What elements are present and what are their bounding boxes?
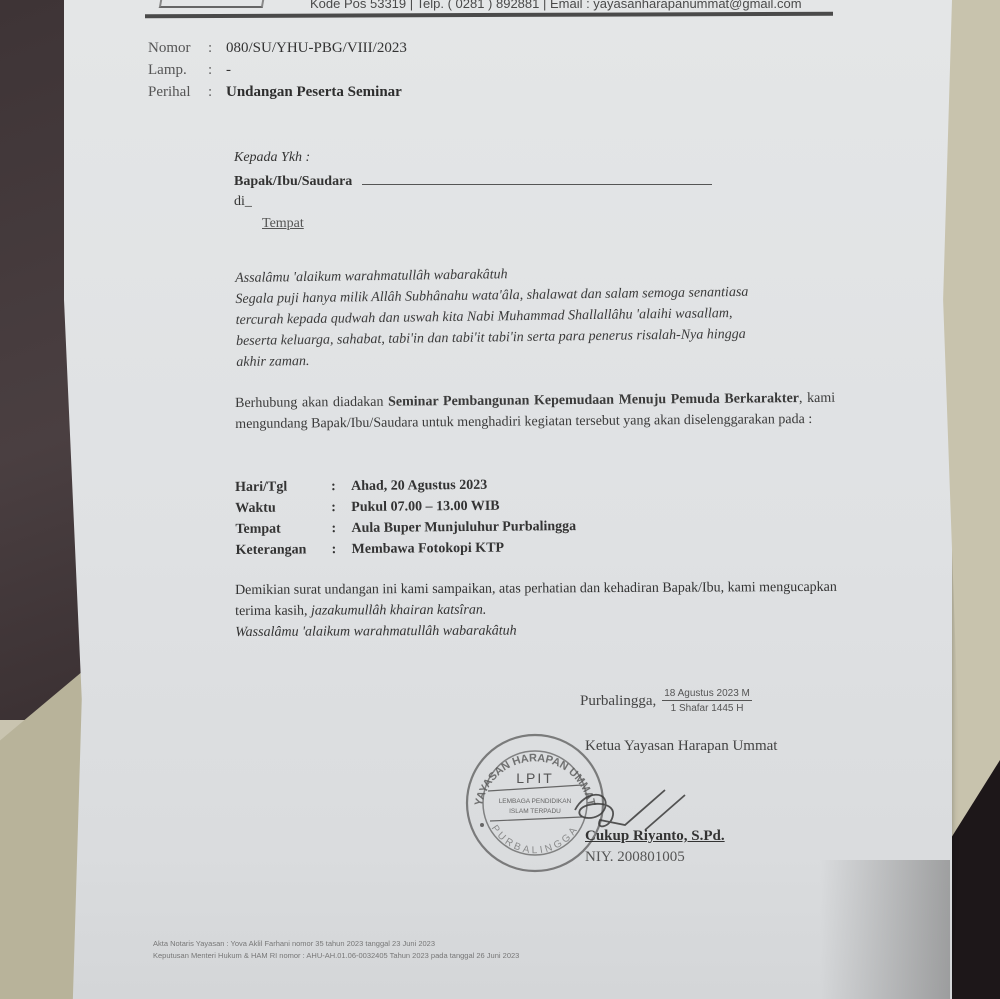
- perihal-value: Undangan Peserta Seminar: [226, 84, 402, 106]
- signer-block: Cukup Riyanto, S.Pd. NIY. 200801005: [585, 828, 725, 866]
- letterhead-contact: Kode Pos 53319 | Telp. ( 0281 ) 892881 |…: [310, 0, 802, 11]
- paper-shadow: [820, 860, 950, 999]
- detail-row: Waktu : Pukul 07.00 – 13.00 WIB: [235, 498, 576, 522]
- legal-footer: Akta Notaris Yayasan : Yova Aklil Farhan…: [153, 938, 519, 962]
- event-details: Hari/Tgl : Ahad, 20 Agustus 2023 Waktu :…: [235, 477, 576, 564]
- colon: :: [208, 84, 226, 106]
- nomor-label: Nomor: [148, 40, 208, 62]
- detail-value: Pukul 07.00 – 13.00 WIB: [351, 499, 500, 521]
- letterhead-logo-icon: [159, 0, 265, 8]
- detail-label: Waktu: [235, 500, 331, 522]
- perihal-label: Perihal: [148, 84, 208, 106]
- detail-label: Keterangan: [236, 542, 332, 564]
- detail-value: Membawa Fotokopi KTP: [352, 541, 505, 563]
- footer-akta: Akta Notaris Yayasan : Yova Aklil Farhan…: [153, 938, 519, 950]
- lamp-label: Lamp.: [148, 62, 208, 84]
- nomor-value: 080/SU/YHU-PBG/VIII/2023: [226, 40, 407, 62]
- addressee-label: Bapak/Ibu/Saudara: [234, 174, 352, 189]
- meta-lamp: Lamp. : -: [148, 62, 407, 84]
- footer-sk-kemenkumham: Keputusan Menteri Hukum & HAM RI nomor :…: [153, 950, 519, 962]
- invitation-paragraph: Berhubung akan diadakan Seminar Pembangu…: [235, 388, 835, 435]
- colon: :: [331, 500, 351, 521]
- colon: :: [331, 479, 351, 500]
- lamp-value: -: [226, 62, 231, 84]
- date-hijri: 1 Shafar 1445 H: [671, 701, 744, 714]
- letter-meta: Nomor : 080/SU/YHU-PBG/VIII/2023 Lamp. :…: [148, 40, 407, 106]
- detail-label: Hari/Tgl: [235, 479, 331, 501]
- svg-text:LPIT: LPIT: [516, 770, 554, 786]
- invitation-prefix: Berhubung akan diadakan: [235, 395, 388, 411]
- svg-text:ISLAM TERPADU: ISLAM TERPADU: [509, 808, 561, 815]
- date-fraction: 18 Agustus 2023 M 1 Shafar 1445 H: [662, 688, 752, 714]
- recipient-block: Kepada Ykh : Bapak/Ibu/Saudara di_ Tempa…: [234, 150, 712, 238]
- addressee-row: Bapak/Ibu/Saudara: [234, 172, 712, 194]
- addressee-blank-line: [362, 172, 712, 185]
- colon: :: [332, 542, 352, 563]
- closing-text-wrap: Demikian surat undangan ini kami sampaik…: [235, 577, 847, 622]
- detail-label: Tempat: [235, 521, 331, 543]
- colon: :: [331, 521, 351, 542]
- detail-value: Ahad, 20 Agustus 2023: [351, 478, 487, 500]
- kepada-label: Kepada Ykh :: [234, 150, 712, 172]
- meta-nomor: Nomor : 080/SU/YHU-PBG/VIII/2023: [148, 40, 407, 62]
- di-label: di_: [234, 194, 712, 216]
- closing-salam: Wassalâmu 'alaikum warahmatullâh wabarak…: [235, 619, 847, 643]
- event-name: Seminar Pembangunan Kepemudaan Menuju Pe…: [388, 391, 799, 410]
- detail-row: Tempat : Aula Buper Munjuluhur Purbaling…: [235, 519, 576, 543]
- signer-position: Ketua Yayasan Harapan Ummat: [585, 738, 777, 755]
- jazakallah-text: jazakumullâh khairan katsîran.: [311, 603, 486, 619]
- colon: :: [208, 62, 226, 84]
- signer-name: Cukup Riyanto, S.Pd.: [585, 828, 725, 845]
- tempat-label: Tempat: [234, 216, 712, 238]
- date-masehi: 18 Agustus 2023 M: [662, 688, 752, 701]
- signer-niy: NIY. 200801005: [585, 849, 725, 866]
- colon: :: [208, 40, 226, 62]
- detail-row: Hari/Tgl : Ahad, 20 Agustus 2023: [235, 477, 576, 501]
- closing-paragraph: Demikian surat undangan ini kami sampaik…: [235, 577, 847, 643]
- detail-row: Keterangan : Membawa Fotokopi KTP: [236, 540, 577, 564]
- opening-greeting: Assalâmu 'alaikum warahmatullâh wabarakâ…: [235, 260, 836, 373]
- city: Purbalingga,: [580, 693, 656, 710]
- meta-perihal: Perihal : Undangan Peserta Seminar: [148, 84, 407, 106]
- detail-value: Aula Buper Munjuluhur Purbalingga: [351, 519, 576, 542]
- signature-date: Purbalingga, 18 Agustus 2023 M 1 Shafar …: [580, 688, 752, 714]
